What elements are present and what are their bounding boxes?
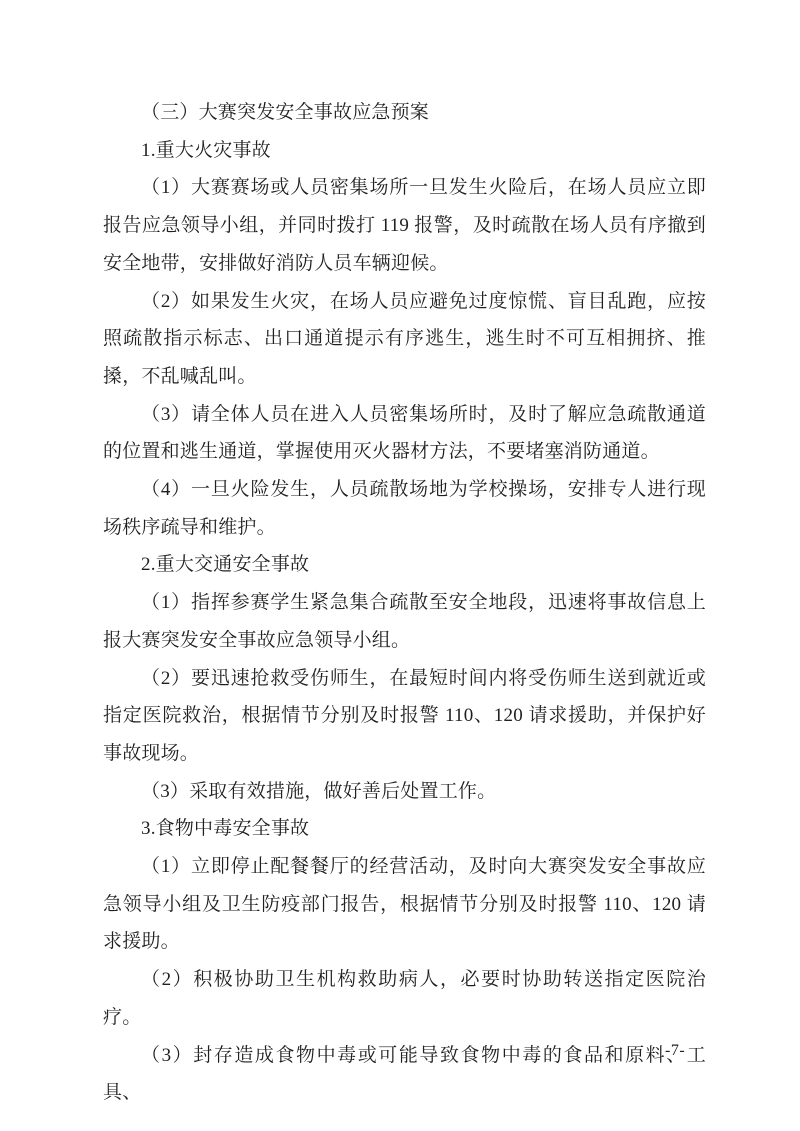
page-number: -7- (665, 1041, 685, 1061)
section-heading: （三）大赛突发安全事故应急预案 (103, 94, 706, 132)
subsection-heading-food-poisoning: 3.食物中毒安全事故 (103, 810, 706, 848)
paragraph: （2）要迅速抢救受伤师生，在最短时间内将受伤师生送到就近或指定医院救治，根据情节… (103, 660, 706, 773)
paragraph: （2）如果发生火灾，在场人员应避免过度惊慌、盲目乱跑，应按照疏散指示标志、出口通… (103, 283, 706, 396)
paragraph: （1）立即停止配餐餐厅的经营活动，及时向大赛突发安全事故应急领导小组及卫生防疫部… (103, 848, 706, 961)
paragraph: （1）指挥参赛学生紧急集合疏散至安全地段，迅速将事故信息上报大赛突发安全事故应急… (103, 584, 706, 659)
paragraph: （3）请全体人员在进入人员密集场所时，及时了解应急疏散通道的位置和逃生通道，掌握… (103, 396, 706, 471)
document-page: （三）大赛突发安全事故应急预案 1.重大火灾事故 （1）大赛赛场或人员密集场所一… (0, 0, 800, 1131)
document-body: （三）大赛突发安全事故应急预案 1.重大火灾事故 （1）大赛赛场或人员密集场所一… (103, 94, 706, 1112)
subsection-heading-fire: 1.重大火灾事故 (103, 132, 706, 170)
paragraph: （1）大赛赛场或人员密集场所一旦发生火险后，在场人员应立即报告应急领导小组，并同… (103, 169, 706, 282)
paragraph: （3）采取有效措施，做好善后处置工作。 (103, 773, 706, 811)
paragraph: （2）积极协助卫生机构救助病人，必要时协助转送指定医院治疗。 (103, 961, 706, 1036)
paragraph: （4）一旦火险发生，人员疏散场地为学校操场，安排专人进行现场秩序疏导和维护。 (103, 471, 706, 546)
subsection-heading-traffic: 2.重大交通安全事故 (103, 546, 706, 584)
paragraph: （3）封存造成食物中毒或可能导致食物中毒的食品和原料、工具、 (103, 1037, 706, 1112)
